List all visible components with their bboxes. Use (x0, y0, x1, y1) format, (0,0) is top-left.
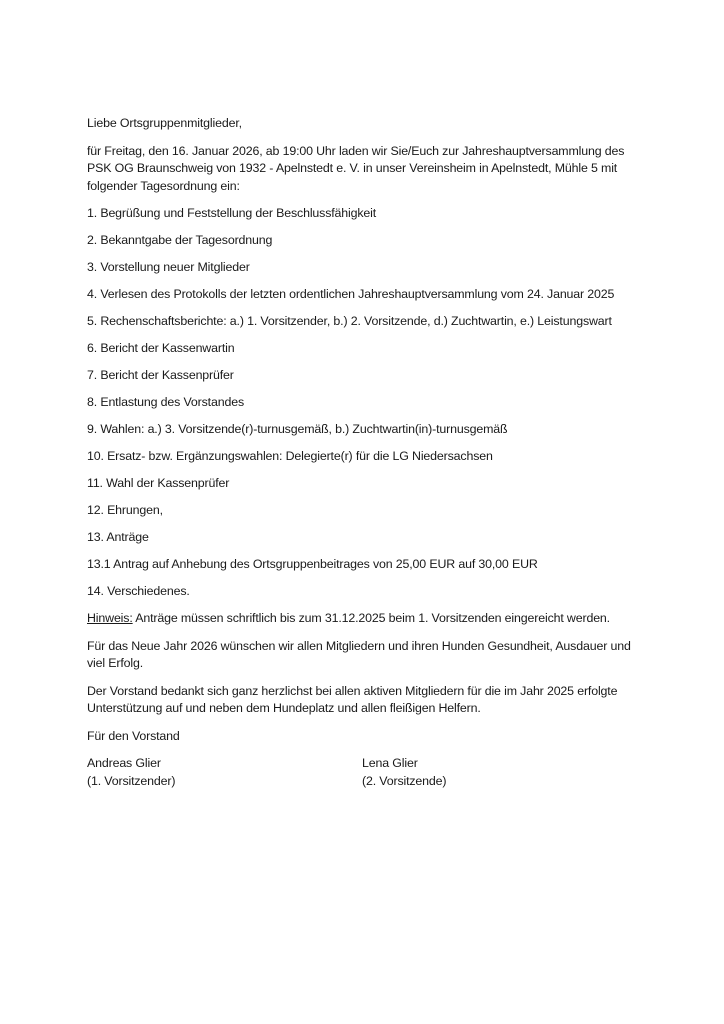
document-page: Liebe Ortsgruppenmitglieder, für Freitag… (0, 0, 724, 1024)
agenda-item: 1. Begrüßung und Feststellung der Beschl… (87, 205, 647, 223)
salutation: Liebe Ortsgruppenmitglieder, (87, 115, 647, 133)
agenda-item: 9. Wahlen: a.) 3. Vorsitzende(r)-turnusg… (87, 421, 647, 439)
note-label: Hinweis: (87, 611, 133, 625)
signature-first-chair: Andreas Glier (1. Vorsitzender) (87, 755, 175, 790)
wishes-paragraph: Für das Neue Jahr 2026 wünschen wir alle… (87, 638, 647, 673)
agenda-item: 10. Ersatz- bzw. Ergänzungswahlen: Deleg… (87, 448, 647, 466)
signatures: Andreas Glier (1. Vorsitzender) Lena Gli… (87, 755, 647, 791)
agenda-item: 8. Entlastung des Vorstandes (87, 394, 647, 412)
closing: Für den Vorstand (87, 728, 647, 746)
agenda-item: 7. Bericht der Kassenprüfer (87, 367, 647, 385)
signature-name: Andreas Glier (87, 755, 175, 773)
signature-name: Lena Glier (362, 755, 446, 773)
agenda-item: 6. Bericht der Kassenwartin (87, 340, 647, 358)
signature-second-chair: Lena Glier (2. Vorsitzende) (362, 755, 446, 790)
agenda-item: 4. Verlesen des Protokolls der letzten o… (87, 286, 647, 304)
signature-role: (1. Vorsitzender) (87, 773, 175, 791)
letter-body: Liebe Ortsgruppenmitglieder, für Freitag… (87, 115, 647, 791)
agenda-item: 11. Wahl der Kassenprüfer (87, 475, 647, 493)
agenda-item: 13. Anträge (87, 529, 647, 547)
agenda-item: 14. Verschiedenes. (87, 583, 647, 601)
agenda-item: 3. Vorstellung neuer Mitglieder (87, 259, 647, 277)
agenda-list: 1. Begrüßung und Feststellung der Beschl… (87, 205, 647, 601)
agenda-item: 5. Rechenschaftsberichte: a.) 1. Vorsitz… (87, 313, 647, 331)
agenda-item: 2. Bekanntgabe der Tagesordnung (87, 232, 647, 250)
thanks-paragraph: Der Vorstand bedankt sich ganz herzlichs… (87, 683, 647, 718)
note-paragraph: Hinweis: Anträge müssen schriftlich bis … (87, 610, 647, 628)
signature-role: (2. Vorsitzende) (362, 773, 446, 791)
intro-paragraph: für Freitag, den 16. Januar 2026, ab 19:… (87, 143, 647, 196)
agenda-item: 12. Ehrungen, (87, 502, 647, 520)
agenda-item: 13.1 Antrag auf Anhebung des Ortsgruppen… (87, 556, 647, 574)
note-text: Anträge müssen schriftlich bis zum 31.12… (133, 611, 610, 625)
